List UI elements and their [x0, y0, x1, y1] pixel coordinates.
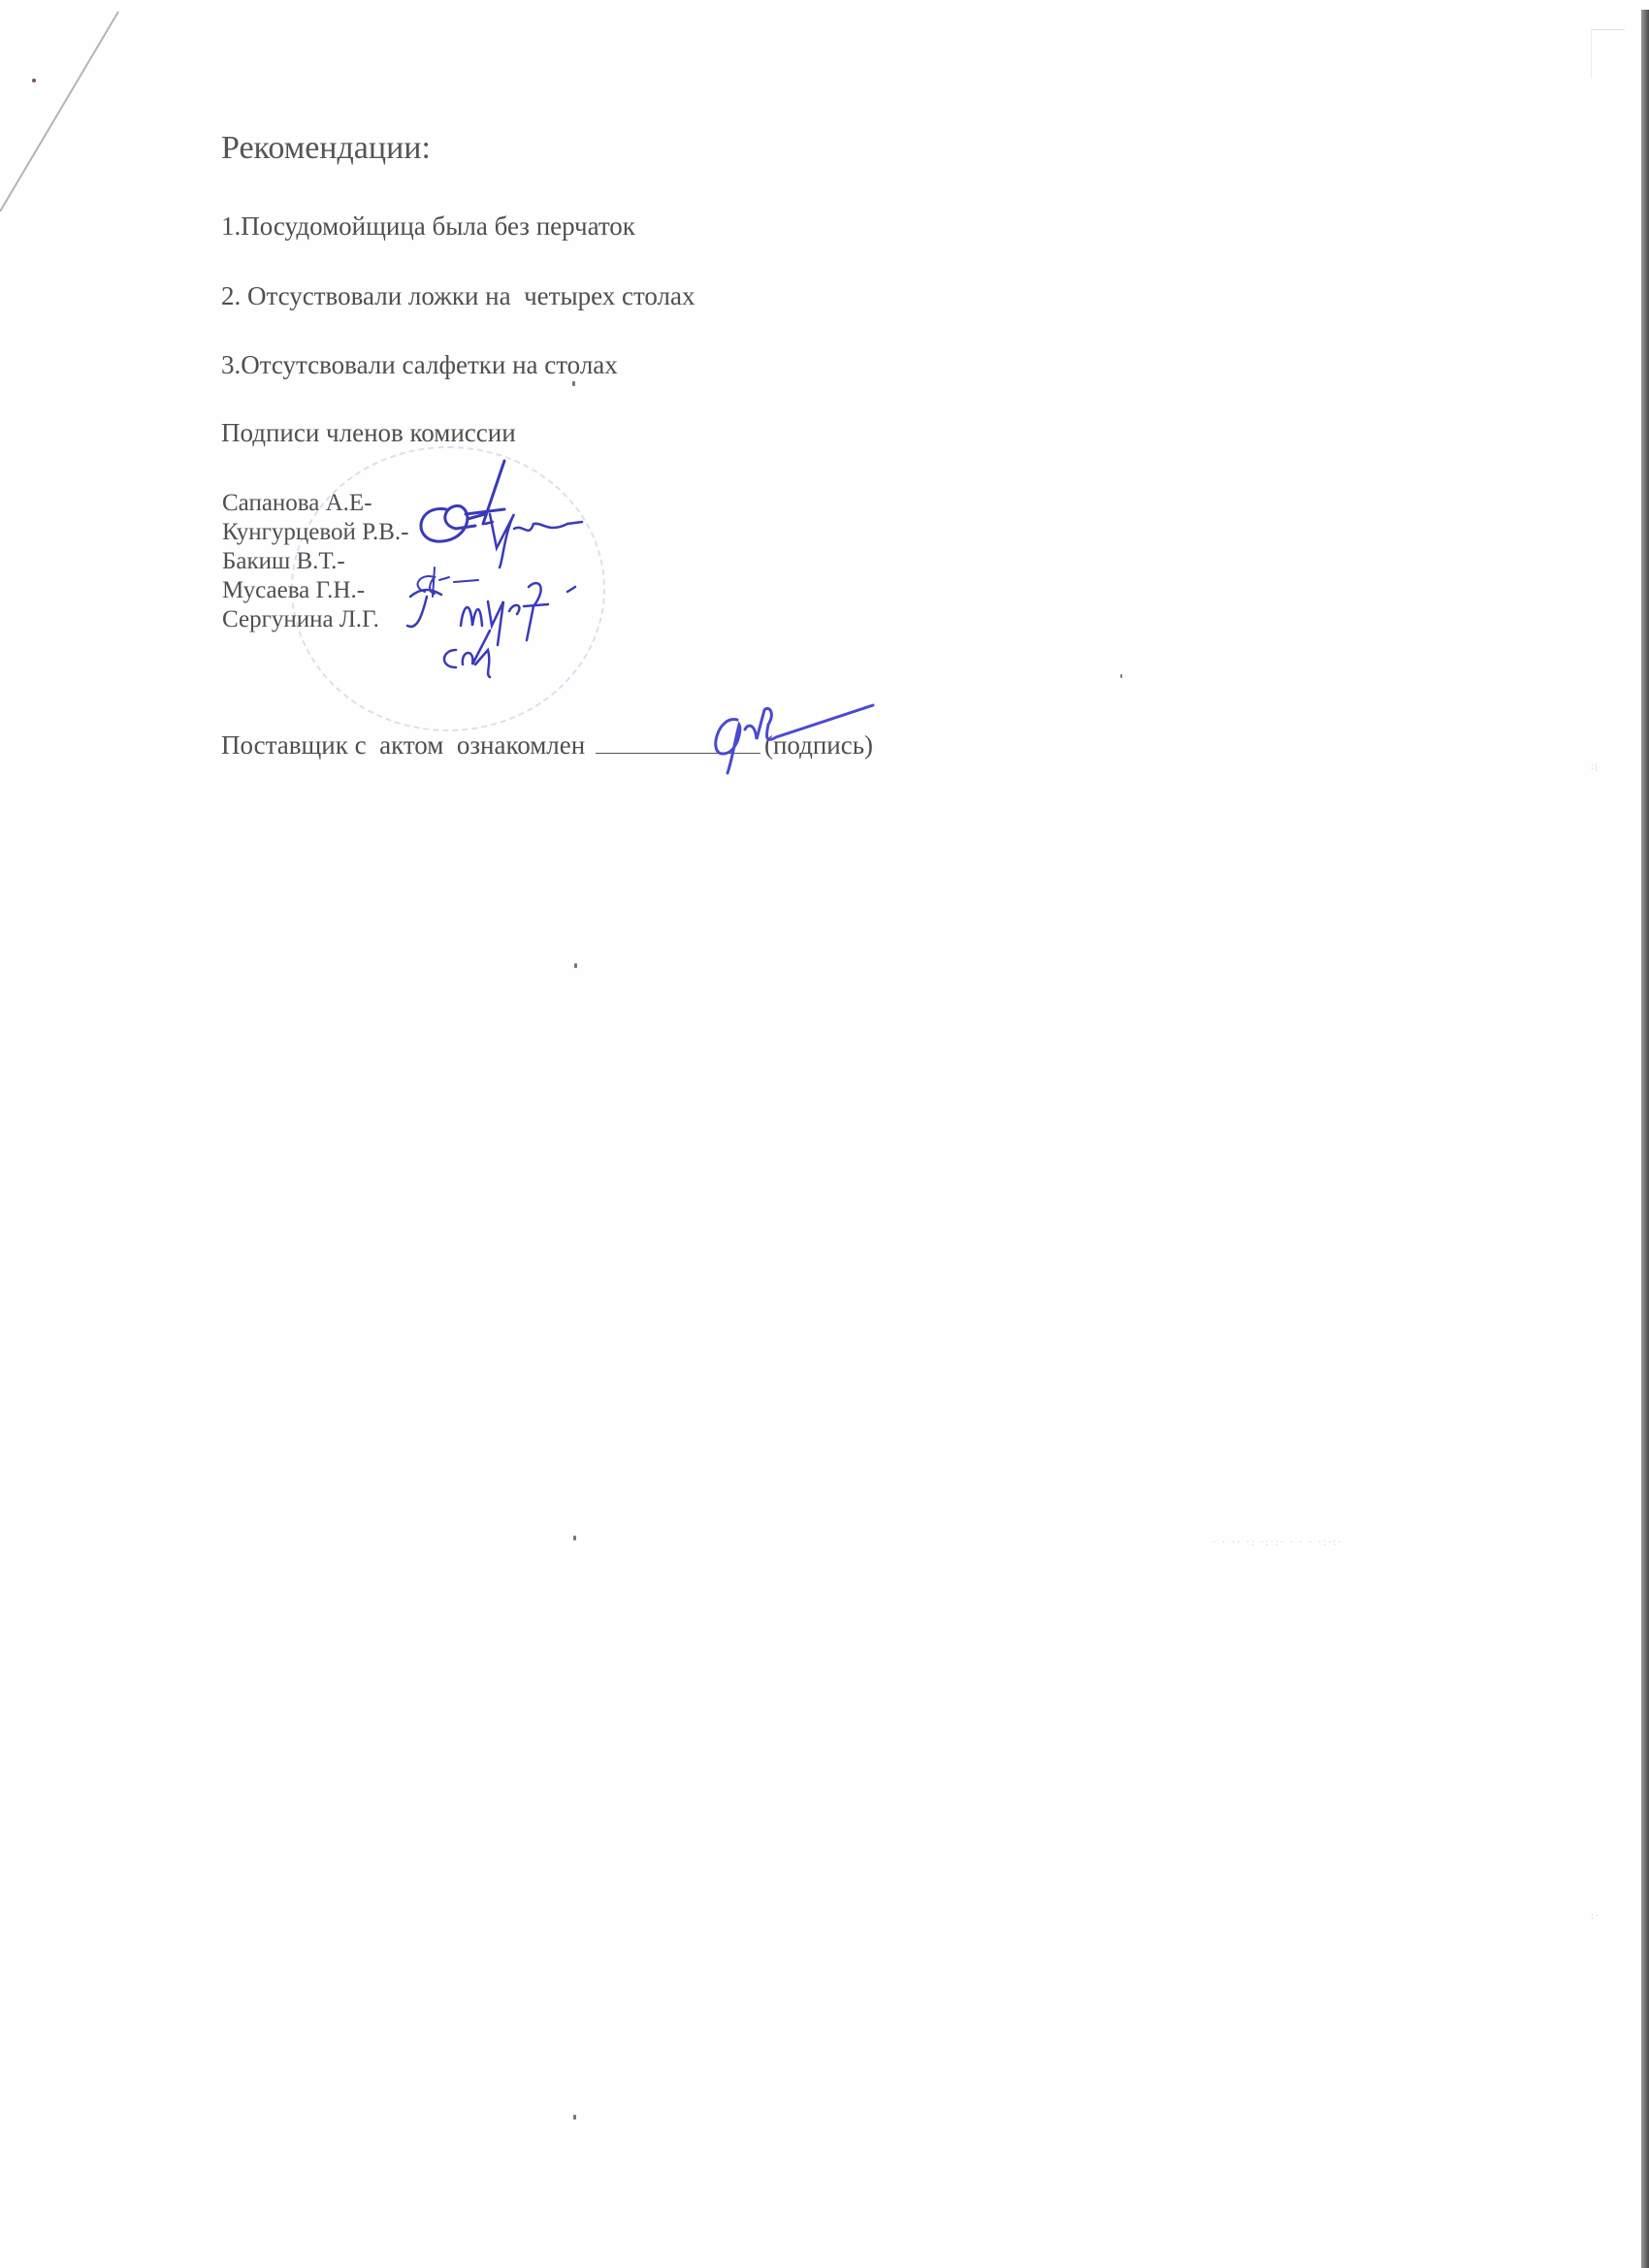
recommendation-item: 1.Посудомойщица была без перчаток [221, 211, 635, 242]
recommendation-item: 2. Отсуствовали ложки на четырех столах [221, 281, 695, 311]
scan-page-edge [1641, 10, 1649, 2268]
scanned-page: Рекомендации: 1.Посудомойщица была без п… [0, 0, 1649, 2268]
member-name: Мусаева Г.Н.- [222, 576, 408, 605]
scan-speck [574, 963, 577, 968]
member-name: Сапанова А.Е- [222, 489, 408, 518]
signatures-heading: Подписи членов комиссии [221, 418, 516, 448]
scan-noise: · · ·· ·: ·:·:· · · · ·:·:· [1212, 1538, 1343, 1548]
scan-noise: :· [1591, 1911, 1600, 1922]
member-name: Кунгурцевой Р.В.- [222, 518, 408, 547]
scan-corner-mark [1591, 29, 1625, 79]
scan-fold-line [0, 0, 136, 223]
member-name: Сергунина Л.Г. [222, 605, 408, 634]
scan-speck [1120, 674, 1122, 678]
recommendations-heading: Рекомендации: [221, 130, 431, 167]
commission-members-list: Сапанова А.Е- Кунгурцевой Р.В.- Бакиш В.… [222, 489, 408, 634]
member-name: Бакиш В.Т.- [222, 547, 408, 576]
handwritten-signature-icon [432, 621, 519, 679]
supplier-signature-icon [698, 700, 883, 778]
scan-noise: :| [1591, 761, 1600, 772]
scan-speck [572, 381, 575, 386]
handwritten-signature-icon [475, 504, 592, 572]
scan-speck [573, 1536, 576, 1540]
scan-speck [573, 2115, 576, 2120]
supplier-label: Поставщик с актом ознакомлен [221, 730, 585, 760]
recommendation-item: 3.Отсутсвовали салфетки на столах [221, 350, 618, 380]
